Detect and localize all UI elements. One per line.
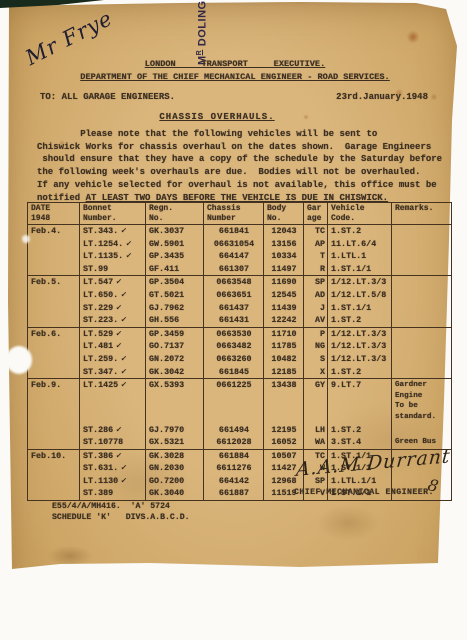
remarks-cell [392, 366, 452, 379]
bonnet-number-cell: ST.99 [80, 263, 146, 276]
paper-hole [6, 346, 32, 374]
registration-cell: GN.2030 [146, 462, 204, 475]
body-paragraph: Please note that the following vehicles … [37, 128, 449, 204]
table-header-cell: Regn.No. [146, 203, 204, 225]
check-tick: ✓ [116, 424, 122, 435]
chassis-number-cell: 0663482 [204, 340, 264, 353]
garage-code-cell: T [304, 250, 328, 263]
org-title: LONDON TRANSPORT EXECUTIVE. [70, 58, 400, 71]
check-tick: ✓ [121, 380, 127, 391]
scanned-document-page: { "annotations": { "handwritten_name": "… [0, 0, 467, 640]
chassis-number-cell: 664142 [204, 475, 264, 488]
garage-code-cell: AD [304, 289, 328, 302]
date-group: Feb.5.LT.547✓GP.3504066354811690SP1/12.L… [28, 276, 452, 327]
remarks-cell [392, 340, 452, 353]
vehicle-code-cell: 1.ST.1/1 [328, 263, 392, 276]
check-tick: ✓ [116, 302, 122, 313]
registration-cell: GX.5321 [146, 436, 204, 449]
garage-code-cell: X [304, 366, 328, 379]
garage-code-cell: NG [304, 340, 328, 353]
registration-cell: GO.7137 [146, 340, 204, 353]
body-number-cell: 11690 [264, 276, 304, 289]
registration-cell: GN.2072 [146, 353, 204, 366]
body-number-cell: 12242 [264, 314, 304, 327]
check-tick: ✓ [121, 476, 127, 487]
remarks-cell [392, 238, 452, 251]
bonnet-number-cell: LT.481✓ [80, 340, 146, 353]
registration-cell: GP.3504 [146, 276, 204, 289]
table-row: LT.1130✓GO.720066414212968SP1.LTL.1/1 [28, 475, 452, 488]
bonnet-number-cell: LT.1130✓ [80, 475, 146, 488]
chassis-number-cell: 06631054 [204, 238, 264, 251]
chassis-number-cell: 661884 [204, 449, 264, 462]
registration-cell: GX.5393 [146, 379, 204, 424]
registration-cell: GK.3042 [146, 366, 204, 379]
garage-code-cell: TC [304, 225, 328, 238]
bonnet-number-cell: ST.229✓ [80, 302, 146, 315]
remarks-cell [392, 276, 452, 289]
remarks-cell [392, 314, 452, 327]
date-cell: Feb.6. [28, 327, 80, 378]
chassis-number-cell: 661494 [204, 424, 264, 437]
check-tick: ✓ [126, 251, 132, 262]
date-group: Feb.4.ST.343.✓GK.303766184112043TC1.ST.2… [28, 225, 452, 276]
chassis-number-cell: 661887 [204, 487, 264, 500]
bonnet-number-cell: LT.1425✓ [80, 379, 146, 424]
table-row: ST.347.✓GK.304266184512185X1.ST.2 [28, 366, 452, 379]
remarks-cell [392, 225, 452, 238]
table-header-cell: ChassisNumber [204, 203, 264, 225]
table-header-cell: Remarks. [392, 203, 452, 225]
to-line: TO: ALL GARAGE ENGINEERS. [40, 92, 175, 102]
body-number-cell: 12195 [264, 424, 304, 437]
body-number-cell: 10334 [264, 250, 304, 263]
bonnet-number-cell: LT.547✓ [80, 276, 146, 289]
bonnet-number-cell: LT.1135.✓ [80, 250, 146, 263]
remarks-cell [392, 289, 452, 302]
chassis-number-cell: 0663651 [204, 289, 264, 302]
bonnet-number-cell: LT.529✓ [80, 327, 146, 340]
date-cell: Feb.4. [28, 225, 80, 276]
reference-block: E55/4/A/MH416. 'A' 5724 SCHEDULE 'K' DIV… [52, 502, 190, 523]
body-number-cell: 13156 [264, 238, 304, 251]
vehicle-code-cell: 3.ST.4 [328, 436, 392, 449]
garage-code-cell: S [304, 353, 328, 366]
registration-cell: GF.411 [146, 263, 204, 276]
body-number-cell: 13438 [264, 379, 304, 424]
garage-code-cell: GY [304, 379, 328, 424]
check-tick: ✓ [116, 450, 122, 461]
chassis-number-cell: 6612028 [204, 436, 264, 449]
check-tick: ✓ [116, 277, 122, 288]
table-header-cell: BonnetNumber. [80, 203, 146, 225]
date-cell: Feb.5. [28, 276, 80, 327]
table-row: ST.10778GX.5321661202816052WA3.ST.4Green… [28, 436, 452, 449]
vehicle-code-cell: 1.LTL.1 [328, 250, 392, 263]
vehicle-code-cell: 1.ST.2 [328, 225, 392, 238]
vehicle-code-cell: 1.ST.2 [328, 424, 392, 437]
registration-cell: GJ.7970 [146, 424, 204, 437]
chassis-number-cell: 0661225 [204, 379, 264, 424]
body-number-cell: 16052 [264, 436, 304, 449]
remarks-cell [392, 302, 452, 315]
bonnet-number-cell: LT.259.✓ [80, 353, 146, 366]
registration-cell: GO.7200 [146, 475, 204, 488]
check-tick: ✓ [121, 463, 127, 474]
registration-cell: GJ.7962 [146, 302, 204, 315]
bonnet-number-cell: LT.1254.✓ [80, 238, 146, 251]
reference-line-2: SCHEDULE 'K' DIVS.A.B.C.D. [52, 513, 190, 524]
paper-hole-small [22, 235, 30, 243]
chassis-number-cell: 661437 [204, 302, 264, 315]
registration-cell: GK.3028 [146, 449, 204, 462]
vehicle-code-cell: 9.LT.7 [328, 379, 392, 424]
date-cell: Feb.10. [28, 449, 80, 500]
remarks-cell: Gardner Engine To be standard. [392, 379, 452, 424]
chassis-number-cell: 6611276 [204, 462, 264, 475]
vehicle-code-cell: 1/12.LT.3/3 [328, 340, 392, 353]
paragraph-line: Please note that the following vehicles … [37, 128, 449, 141]
chassis-number-cell: 0663530 [204, 327, 264, 340]
bonnet-number-cell: ST.631.✓ [80, 462, 146, 475]
garage-code-cell: WA [304, 436, 328, 449]
garage-code-cell: AV [304, 314, 328, 327]
body-number-cell: 11710 [264, 327, 304, 340]
date-cell: Feb.9. [28, 379, 80, 450]
garage-code-cell: J [304, 302, 328, 315]
date-group: Feb.6.LT.529✓GP.3459066353011710P1/12.LT… [28, 327, 452, 378]
body-number-cell: 11785 [264, 340, 304, 353]
subject-heading: CHASSIS OVERHAULS. [0, 112, 434, 122]
check-tick: ✓ [121, 290, 127, 301]
table-row: ST.286✓GJ.797066149412195LH1.ST.2 [28, 424, 452, 437]
body-number-cell: 12545 [264, 289, 304, 302]
bonnet-number-cell: ST.10778 [80, 436, 146, 449]
registration-cell: GK.3037 [146, 225, 204, 238]
vehicle-code-cell: 1/12.LT.3/3 [328, 353, 392, 366]
table-row: LT.650.✓GT.5021066365112545AD1/12.LT.5/8 [28, 289, 452, 302]
bonnet-number-cell: ST.347.✓ [80, 366, 146, 379]
table-header-cell: VehicleCode. [328, 203, 392, 225]
remarks-cell [392, 424, 452, 437]
table-row: ST.99GF.41166130711497R1.ST.1/1 [28, 263, 452, 276]
name-stamp: MR DOLING [196, 0, 218, 64]
bonnet-number-cell: ST.223.✓ [80, 314, 146, 327]
table-row: LT.1135.✓GP.343566414710334T1.LTL.1 [28, 250, 452, 263]
vehicle-code-cell: 1/12.LT.3/3 [328, 327, 392, 340]
vehicle-code-cell: 1/12.LT.3/3 [328, 276, 392, 289]
check-tick: ✓ [116, 341, 122, 352]
check-tick: ✓ [121, 366, 127, 377]
chassis-number-cell: 0663548 [204, 276, 264, 289]
table-row: Feb.4.ST.343.✓GK.303766184112043TC1.ST.2 [28, 225, 452, 238]
paragraph-line: If any vehicle selected for overhaul is … [37, 179, 449, 192]
body-number-cell: 12185 [264, 366, 304, 379]
garage-code-cell: LH [304, 424, 328, 437]
registration-cell: GT.5021 [146, 289, 204, 302]
bonnet-number-cell: LT.650.✓ [80, 289, 146, 302]
table-row: Feb.6.LT.529✓GP.3459066353011710P1/12.LT… [28, 327, 452, 340]
document-date: 23rd.January.1948 [336, 92, 428, 102]
chassis-number-cell: 664147 [204, 250, 264, 263]
body-number-cell: 11439 [264, 302, 304, 315]
chassis-number-cell: 661841 [204, 225, 264, 238]
table-row: ST.229✓GJ.796266143711439J1.ST.1/1 [28, 302, 452, 315]
paragraph-line: should ensure that they have a copy of t… [37, 153, 449, 166]
remarks-cell [392, 353, 452, 366]
registration-cell: GK.3040 [146, 487, 204, 500]
vehicle-code-cell: 1/12.LT.5/8 [328, 289, 392, 302]
table-row: LT.259.✓GN.2072066326010482S1/12.LT.3/3 [28, 353, 452, 366]
body-number-cell: 10482 [264, 353, 304, 366]
bonnet-number-cell: ST.389 [80, 487, 146, 500]
registration-cell: GH.556 [146, 314, 204, 327]
table-row: Feb.9.LT.1425✓GX.5393066122513438GY9.LT.… [28, 379, 452, 424]
vehicle-code-cell: 11.LT.6/4 [328, 238, 392, 251]
table-header: DATE1948BonnetNumber.Regn.No.ChassisNumb… [28, 203, 452, 225]
chassis-number-cell: 0663260 [204, 353, 264, 366]
registration-cell: GP.3435 [146, 250, 204, 263]
vehicle-code-cell: 1.ST.1/1 [328, 302, 392, 315]
garage-code-cell: AP [304, 238, 328, 251]
letterhead: LONDON TRANSPORT EXECUTIVE. DEPARTMENT O… [70, 58, 400, 84]
garage-code-cell: R [304, 263, 328, 276]
chassis-number-cell: 661307 [204, 263, 264, 276]
reference-line-1: E55/4/A/MH416. 'A' 5724 [52, 502, 190, 513]
bonnet-number-cell: ST.343.✓ [80, 225, 146, 238]
garage-code-cell: SP [304, 276, 328, 289]
bonnet-number-cell: ST.386✓ [80, 449, 146, 462]
addressee-row: TO: ALL GARAGE ENGINEERS. 23rd.January.1… [40, 92, 428, 102]
check-tick: ✓ [121, 226, 127, 237]
remarks-cell [392, 250, 452, 263]
remarks-cell [392, 475, 452, 488]
paragraph-line: Chiswick Works for chassis overhaul on t… [37, 141, 449, 154]
table-header-cell: DATE1948 [28, 203, 80, 225]
department-line: DEPARTMENT OF THE CHIEF MECHANICAL ENGIN… [70, 71, 400, 84]
remarks-cell [392, 263, 452, 276]
table-row: LT.1254.✓GW.59010663105413156AP11.LT.6/4 [28, 238, 452, 251]
vehicle-code-cell: 1.ST.2 [328, 366, 392, 379]
check-tick: ✓ [126, 238, 132, 249]
table-header-cell: Garage [304, 203, 328, 225]
table-row: Feb.5.LT.547✓GP.3504066354811690SP1/12.L… [28, 276, 452, 289]
check-tick: ✓ [116, 328, 122, 339]
table-row: ST.223.✓GH.55666143112242AV1.ST.2 [28, 314, 452, 327]
chassis-number-cell: 661845 [204, 366, 264, 379]
registration-cell: GP.3459 [146, 327, 204, 340]
signatory-title: CHIEF MECHANICAL ENGINEER. [294, 488, 434, 497]
vehicle-code-cell: 1.ST.2 [328, 314, 392, 327]
garage-code-cell: P [304, 327, 328, 340]
bonnet-number-cell: ST.286✓ [80, 424, 146, 437]
table-row: LT.481✓GO.7137066348211785NG1/12.LT.3/3 [28, 340, 452, 353]
body-number-cell: 12043 [264, 225, 304, 238]
table-header-cell: BodyNo. [264, 203, 304, 225]
date-group: Feb.9.LT.1425✓GX.5393066122513438GY9.LT.… [28, 379, 452, 450]
chassis-number-cell: 661431 [204, 314, 264, 327]
body-number-cell: 11497 [264, 263, 304, 276]
check-tick: ✓ [121, 354, 127, 365]
name-stamp-text: MR DOLING [196, 1, 209, 66]
check-tick: ✓ [121, 315, 127, 326]
remarks-cell [392, 327, 452, 340]
registration-cell: GW.5901 [146, 238, 204, 251]
paragraph-line: the following week's overhauls are due. … [37, 166, 449, 179]
